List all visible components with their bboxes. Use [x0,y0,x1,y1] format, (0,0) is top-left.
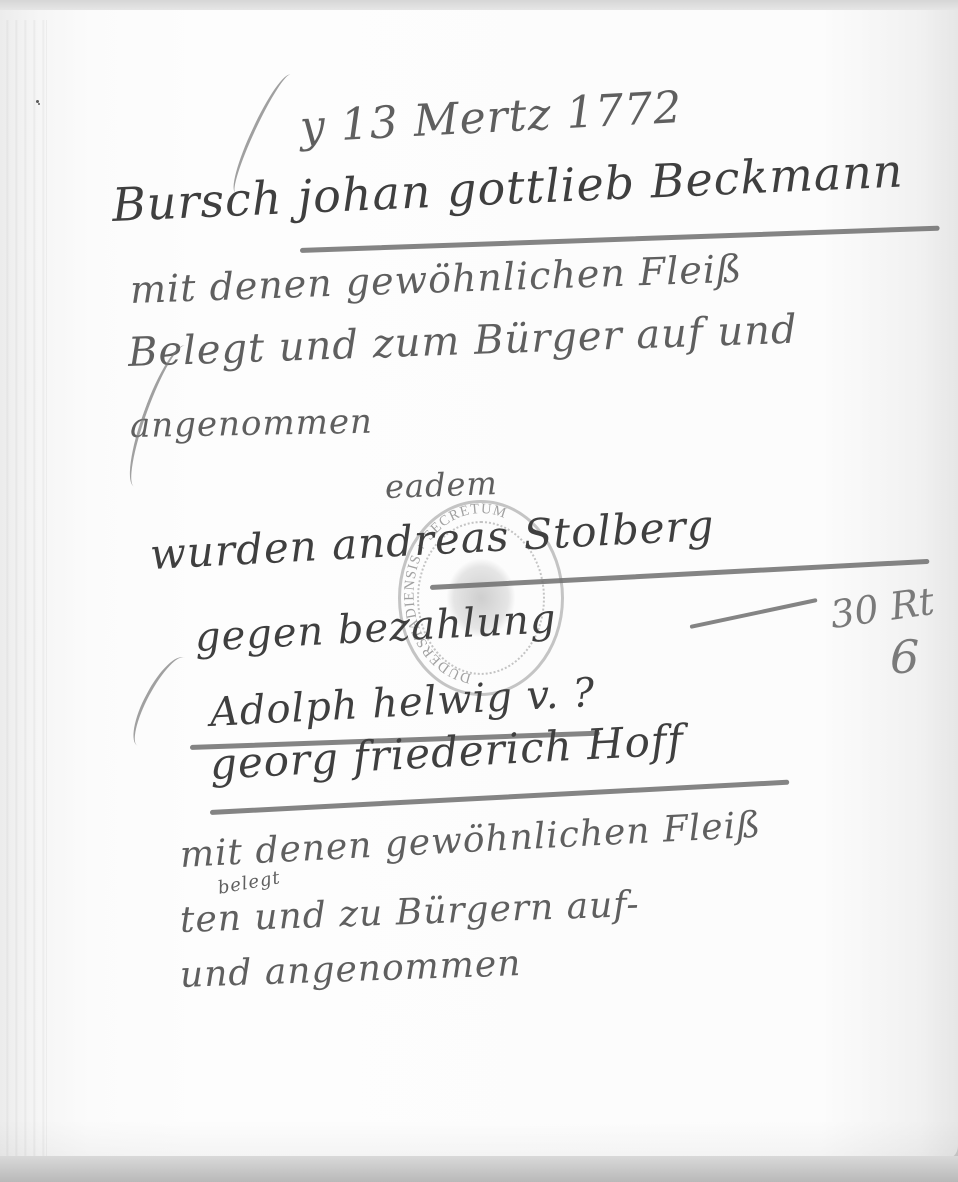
dash-stroke [690,598,818,629]
pen-stroke [123,650,199,754]
line-1-name: Bursch johan gottlieb Beckmann [111,143,905,231]
margin-amount-sub: 6 [890,630,919,684]
margin-amount: 30 Rt [827,579,936,637]
line-10: mit denen gewöhnlichen Fleiß [179,805,762,876]
scanned-page: y 13 Mertz 1772 Bursch johan gottlieb Be… [0,0,958,1182]
book-binding-edge [0,20,47,1170]
entry-date: y 13 Mertz 1772 [299,82,684,153]
name-underline [300,226,940,253]
line-3: Belegt und zum Bürger auf und [127,307,798,376]
page-bottom-edge [0,1156,958,1182]
line-12: und angenommen [179,943,522,996]
ink-speck [38,103,40,105]
line-2: mit denen gewöhnlichen Fleiß [129,247,743,312]
manuscript-page: y 13 Mertz 1772 Bursch johan gottlieb Be… [0,10,958,1160]
